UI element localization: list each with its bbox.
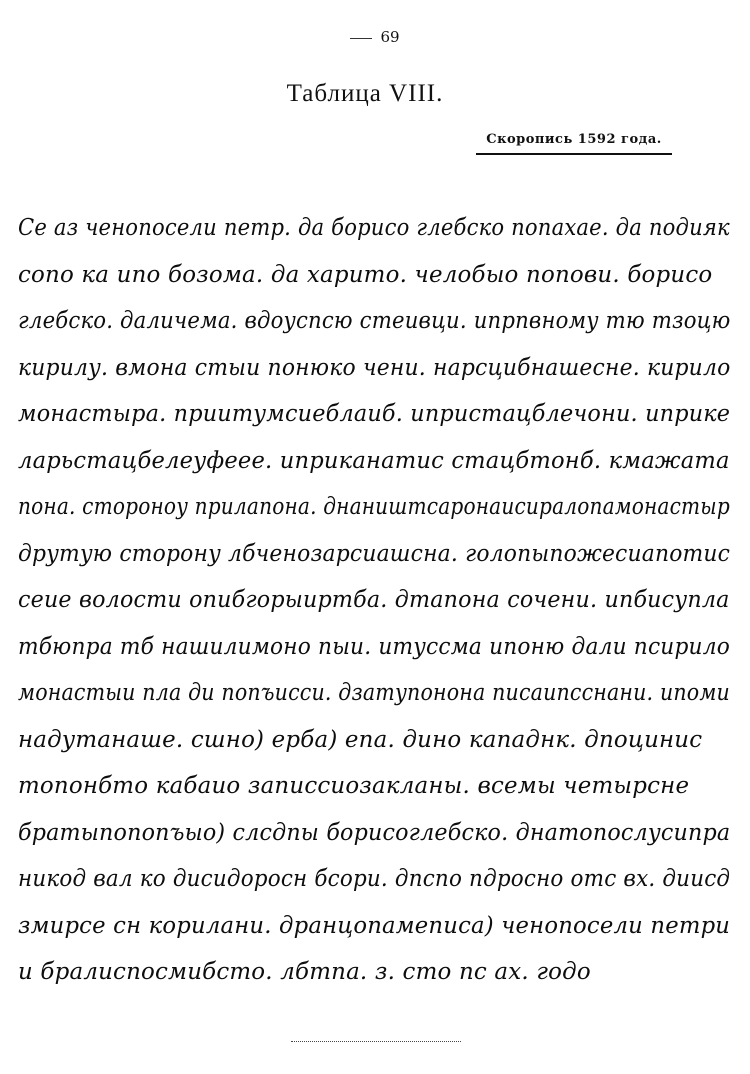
manuscript-line: никод вал ко дисидоросн бсори. дпспо пдр…: [18, 856, 685, 903]
page-number-dash: [350, 38, 372, 39]
manuscript-line: братыпопопъыо) слсдпы борисоглебско. дна…: [18, 810, 708, 857]
manuscript-line: и бралиспосмибсто. лбтпа. з. сто пс ах. …: [18, 949, 730, 996]
page-number: 69: [0, 28, 750, 46]
manuscript-line: тбюпра тб нашилимоно пыи. итуссма ипоню …: [18, 624, 692, 671]
manuscript-line: монастыи пла ди попъисси. дзатупонона пи…: [18, 670, 657, 717]
manuscript-line: сеие волости опибгорыиртба. дтапона соче…: [18, 577, 708, 624]
manuscript-line: друтую сторону лбченозарсиашсна. голопып…: [18, 531, 697, 578]
manuscript-line: монастыра. приитумсиеблаиб. ипристацблеч…: [18, 391, 712, 438]
footer-rule: [291, 1041, 461, 1042]
page-title: Таблица VIII.: [0, 80, 730, 108]
manuscript-line: ларьстацбелеуфеее. иприканатис стацбтонб…: [18, 438, 720, 485]
manuscript-line: топонбто кабаио записсиозакланы. всемы ч…: [18, 763, 730, 810]
page-number-value: 69: [380, 28, 399, 46]
manuscript-facsimile: Се аз ченопосели петр. да борисо глебско…: [18, 205, 733, 996]
manuscript-line: сопо ка ипо бозома. да харито. челобыо п…: [18, 252, 730, 299]
manuscript-line: кирилу. вмона стыи понюко чени. нарсцибн…: [18, 345, 698, 392]
manuscript-line: пона. стороноу прилапона. днаништсаронаи…: [18, 484, 643, 531]
manuscript-line: змирсе сн корилани. дранцопамеписа) чено…: [18, 903, 724, 950]
plate-caption: Скоропись 1592 года.: [476, 132, 672, 155]
manuscript-line: Се аз ченопосели петр. да борисо глебско…: [18, 205, 674, 252]
manuscript-line: надутанаше. сшно) ерба) епа. дино кападн…: [18, 717, 730, 764]
manuscript-line: глебско. даличема. вдоуспсю стеивци. ипр…: [18, 298, 677, 345]
